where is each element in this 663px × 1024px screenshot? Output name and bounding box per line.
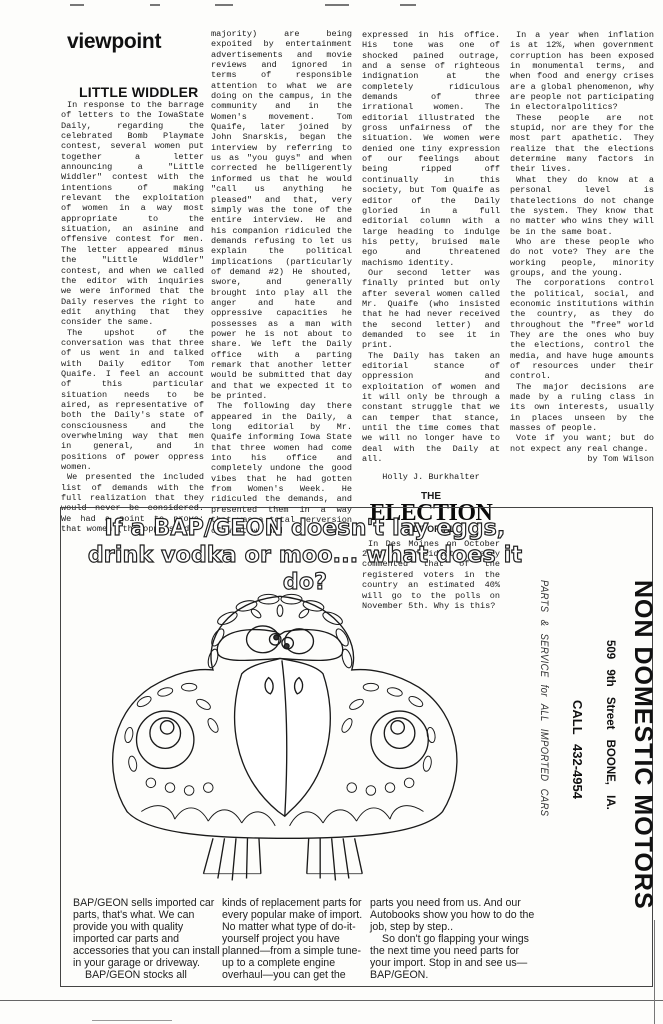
ad-headline-line-1: If a BAP/GEON doesn't lay eggs, [70, 515, 540, 542]
bottom-divider [0, 1000, 663, 1001]
article-paragraph: Our second letter was finally printed bu… [362, 268, 500, 351]
dealer-address: 509 9th Street BOONE, IA. [604, 640, 616, 810]
article-paragraph: majority) are being expoited by entertai… [211, 29, 352, 401]
article-paragraph: Who are these people who do not vote? Th… [510, 237, 654, 278]
article-headline-little-widdler: LITTLE WIDDLER [79, 84, 198, 100]
dealer-name: NON DOMESTIC MOTORS [628, 580, 657, 910]
right-margin-line [654, 920, 655, 1024]
ad-body-column-1: BAP/GEON sells imported car parts, that'… [73, 897, 223, 981]
article-paragraph: The corporations control the political, … [510, 278, 654, 381]
article-column-2: majority) are being expoited by entertai… [211, 29, 352, 536]
article-paragraph: These people are not stupid, nor are the… [510, 113, 654, 175]
newspaper-page: viewpoint LITTLE WIDDLER In response to … [0, 0, 663, 1024]
ad-body-column-2: kinds of replacement parts for every pop… [222, 897, 367, 981]
ad-body-paragraph: kinds of replacement parts for every pop… [222, 897, 367, 981]
article-paragraph: The Daily has taken an editorial stance … [362, 351, 500, 465]
article-paragraph: What they do know at a personal level is… [510, 175, 654, 237]
section-title: viewpoint [67, 30, 161, 54]
ad-body-paragraph: BAP/GEON sells imported car parts, that'… [73, 897, 223, 969]
bottom-fragment-rule [92, 1020, 172, 1021]
article-byline: Holly J. Burkhalter [362, 472, 500, 482]
dealer-phone: CALL 432-4954 [570, 700, 585, 799]
ad-body-paragraph: BAP/GEON stocks all [73, 969, 223, 981]
article-paragraph: The major decisions are made by a ruling… [510, 382, 654, 434]
article-paragraph: The upshot of the conversation was that … [61, 328, 204, 473]
article-paragraph: Vote if you want; but do not expect any … [510, 433, 654, 454]
article-paragraph: In response to the barrage of letters to… [61, 100, 204, 328]
article-column-4: In a year when inflation is at 12%, when… [510, 30, 654, 464]
article-paragraph: In a year when inflation is at 12%, when… [510, 30, 654, 113]
article-byline: by Tom Wilson [510, 454, 654, 464]
article-paragraph: expressed in his office. His tone was on… [362, 30, 500, 268]
owl-car-illustration [60, 575, 500, 895]
ad-body-paragraph: parts you need from us. And our Autobook… [370, 897, 540, 933]
page-top-marks [70, 2, 590, 10]
ad-body-paragraph: So don't go flapping your wings the next… [370, 933, 540, 981]
ad-body-column-3: parts you need from us. And our Autobook… [370, 897, 540, 981]
dealer-service-tagline: PARTS & SERVICE for ALL IMPORTED CARS [538, 580, 550, 816]
article-column-1: In response to the barrage of letters to… [61, 100, 204, 534]
dealer-block: NON DOMESTIC MOTORS 509 9th Street BOONE… [540, 560, 660, 940]
